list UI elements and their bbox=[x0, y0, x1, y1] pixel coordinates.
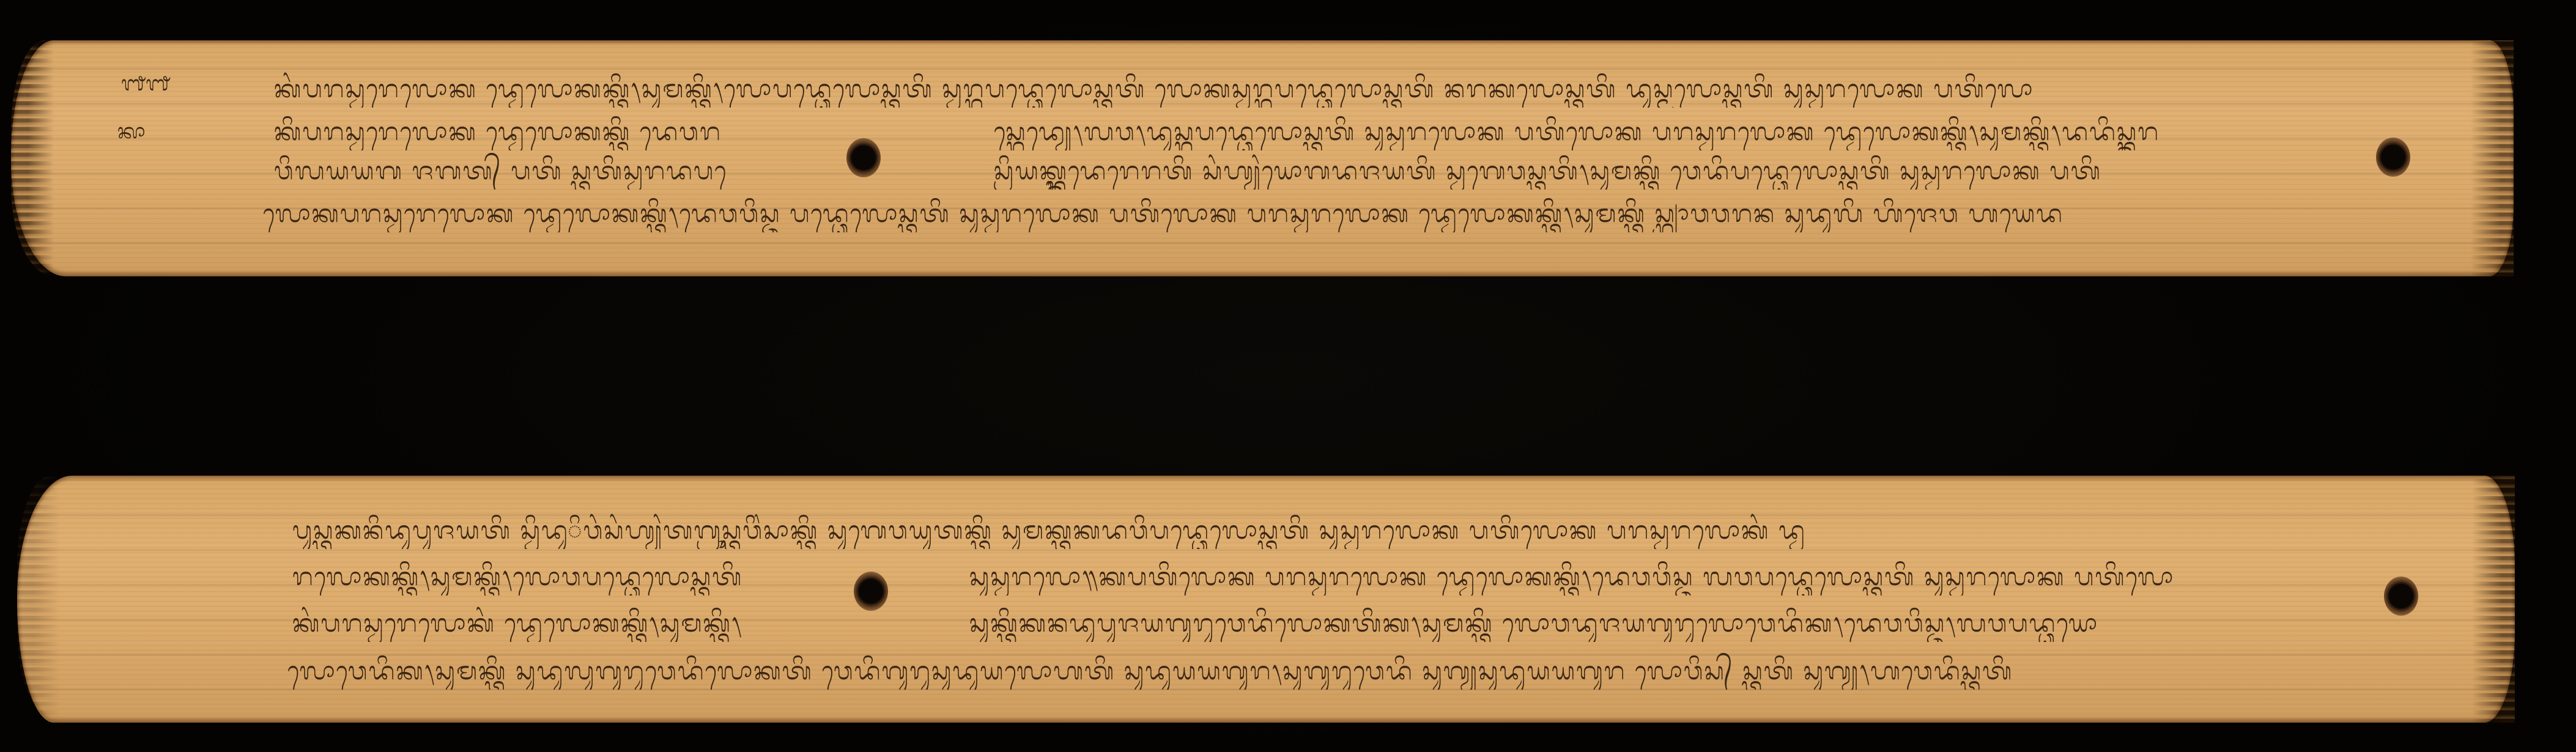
script-line-2-left: ᬓᬶᬧᬭᬲ᭄ᬯᬭᬾᬮᭀᬓ ᬤ᭄ᬯᬾᬮᭀᬓᬓ᭄ᬢᬶ ᬤᬾᬯᬭ bbox=[274, 114, 727, 150]
script-line-4: ᬮᭀᬯᬾᬤᬶᬓ᭞ᬲᬸᬫᬓ᭄ᬢᬶ ᬲᬸᬤᬸᬮᬸᬕᬸᬭᬸᬯᬾᬤᬶᬮᭀᬓᬢᬶ ᬯᬾᬤᬶ… bbox=[287, 653, 2312, 690]
folio-number: ᭑᭑ bbox=[121, 68, 170, 106]
string-hole-right bbox=[2376, 138, 2410, 177]
script-line-2-right: ᬲ᭄ᬕᬾᬤ᭄ᬬᬾ᭞ᬮᬯ᭞ᬤᬸᬲ᭄ᬕᬧᬤ᭄ᬥᬾᬮᭀᬲ᭄ᬢ᭄ᬯᬢᬶ ᬲᬸᬲ᭄ᬯᬭᬮᭀ… bbox=[994, 114, 2321, 150]
script-line-3-left: ᬓᬂᬧᬭᬲ᭄ᬯᬭᬾᬮᭀᬓᬂ ᬤ᭄ᬯᬾᬮᭀᬓᬓ᭄ᬢᬶ᭞ᬲᬸᬫᬓ᭄ᬢᬶ᭞ bbox=[292, 605, 757, 642]
script-line-1: ᬧᬸᬲ᭄ᬢᬓᬦᬶᬤᬸᬧᬸᬚᬬᬢᬶ ᬲ᭄ᬯᬶᬤᬸᬶᬯᬂᬲᬂᬳ᭄ᬬᬂᬢᬕ᭄ᬭᬸᬲ᭄ᬢ… bbox=[292, 512, 2304, 549]
script-line-2-left: ᬭᬮᭀᬓᬓ᭄ᬢᬶ᭞ᬲᬸᬫᬓ᭄ᬢᬶ᭞ᬮᭀᬯᬧᬤ᭄ᬥᬾᬮᭀᬲ᭄ᬢ᭄ᬯᬢᬶ bbox=[292, 559, 757, 595]
burnt-edge-right bbox=[2471, 40, 2514, 276]
string-hole-left bbox=[854, 572, 888, 611]
folio-label: ᬓᬵ bbox=[117, 116, 146, 153]
script-line-2-right: ᬲᬸᬲ᭄ᬯᬭᬮᭀ᭟ᬓᬧᬢᬶᬮᭀᬓ ᬧᬭᬲ᭄ᬯᬭᬮᭀᬓ ᬤ᭄ᬯᬾᬮᭀᬓᬓ᭄ᬢᬶ᭞ᬤ… bbox=[969, 559, 2309, 595]
script-line-3-right: ᬲ᭄ᬭᬶᬬᬓ᭄ᬢ᭄ᬓᬤᬾᬭᬾᬭᬢᬶ ᬲᬂᬳ᭄ᬬᬂᬬᭀᬕᬤᬚᬬᬢᬶ ᬲ᭄ᬯᬕᬾᬯᬲ… bbox=[994, 153, 2321, 190]
script-line-4: ᬮᭀᬓᬧᬭᬲ᭄ᬯᬭᬾᬮᭀᬓ ᬤ᭄ᬯᬾᬮᭀᬓᬓ᭄ᬢᬶ᭞ᬤᬾᬯᬯᬶᬲ᭄ᬚ᭄ᬯ ᬧᬤ᭄… bbox=[263, 196, 2257, 232]
string-hole-right bbox=[2384, 577, 2418, 616]
burnt-edge-right bbox=[2472, 476, 2515, 723]
string-hole-left bbox=[846, 138, 881, 177]
script-line-1: ᬓᬂᬧᬭᬲ᭄ᬯᬭᬾᬮᭀᬓ ᬤ᭄ᬯᬾᬮᭀᬓᬓ᭄ᬢᬶ᭞ᬲᬸᬫᬓ᭄ᬢᬶ᭞ᬮᭀᬧᬤ᭄ᬥᬾ… bbox=[274, 71, 2323, 108]
script-line-3-left: ᬯᬶᬮᬬᬬᬕ ᬚᬕᬢ᭄ ᬧᬢᬶ ᬲ᭄ᬢ᭄ᬯᬢᬶᬲ᭄ᬯᬭᬤᬧᬤ᭄ᬥᬾᬮᭀ bbox=[274, 153, 727, 190]
script-line-3-right: ᬲᬸᬓ᭄ᬢᬶᬓᬦᬤᬸᬧᬸᬚᬬᬕᬸᬭᬸᬯᬾᬤᬶᬮᭀᬓᬢᬶᬓ᭞ᬲᬸᬫᬓ᭄ᬢᬶ ᬮᭀᬯ… bbox=[969, 605, 2309, 642]
